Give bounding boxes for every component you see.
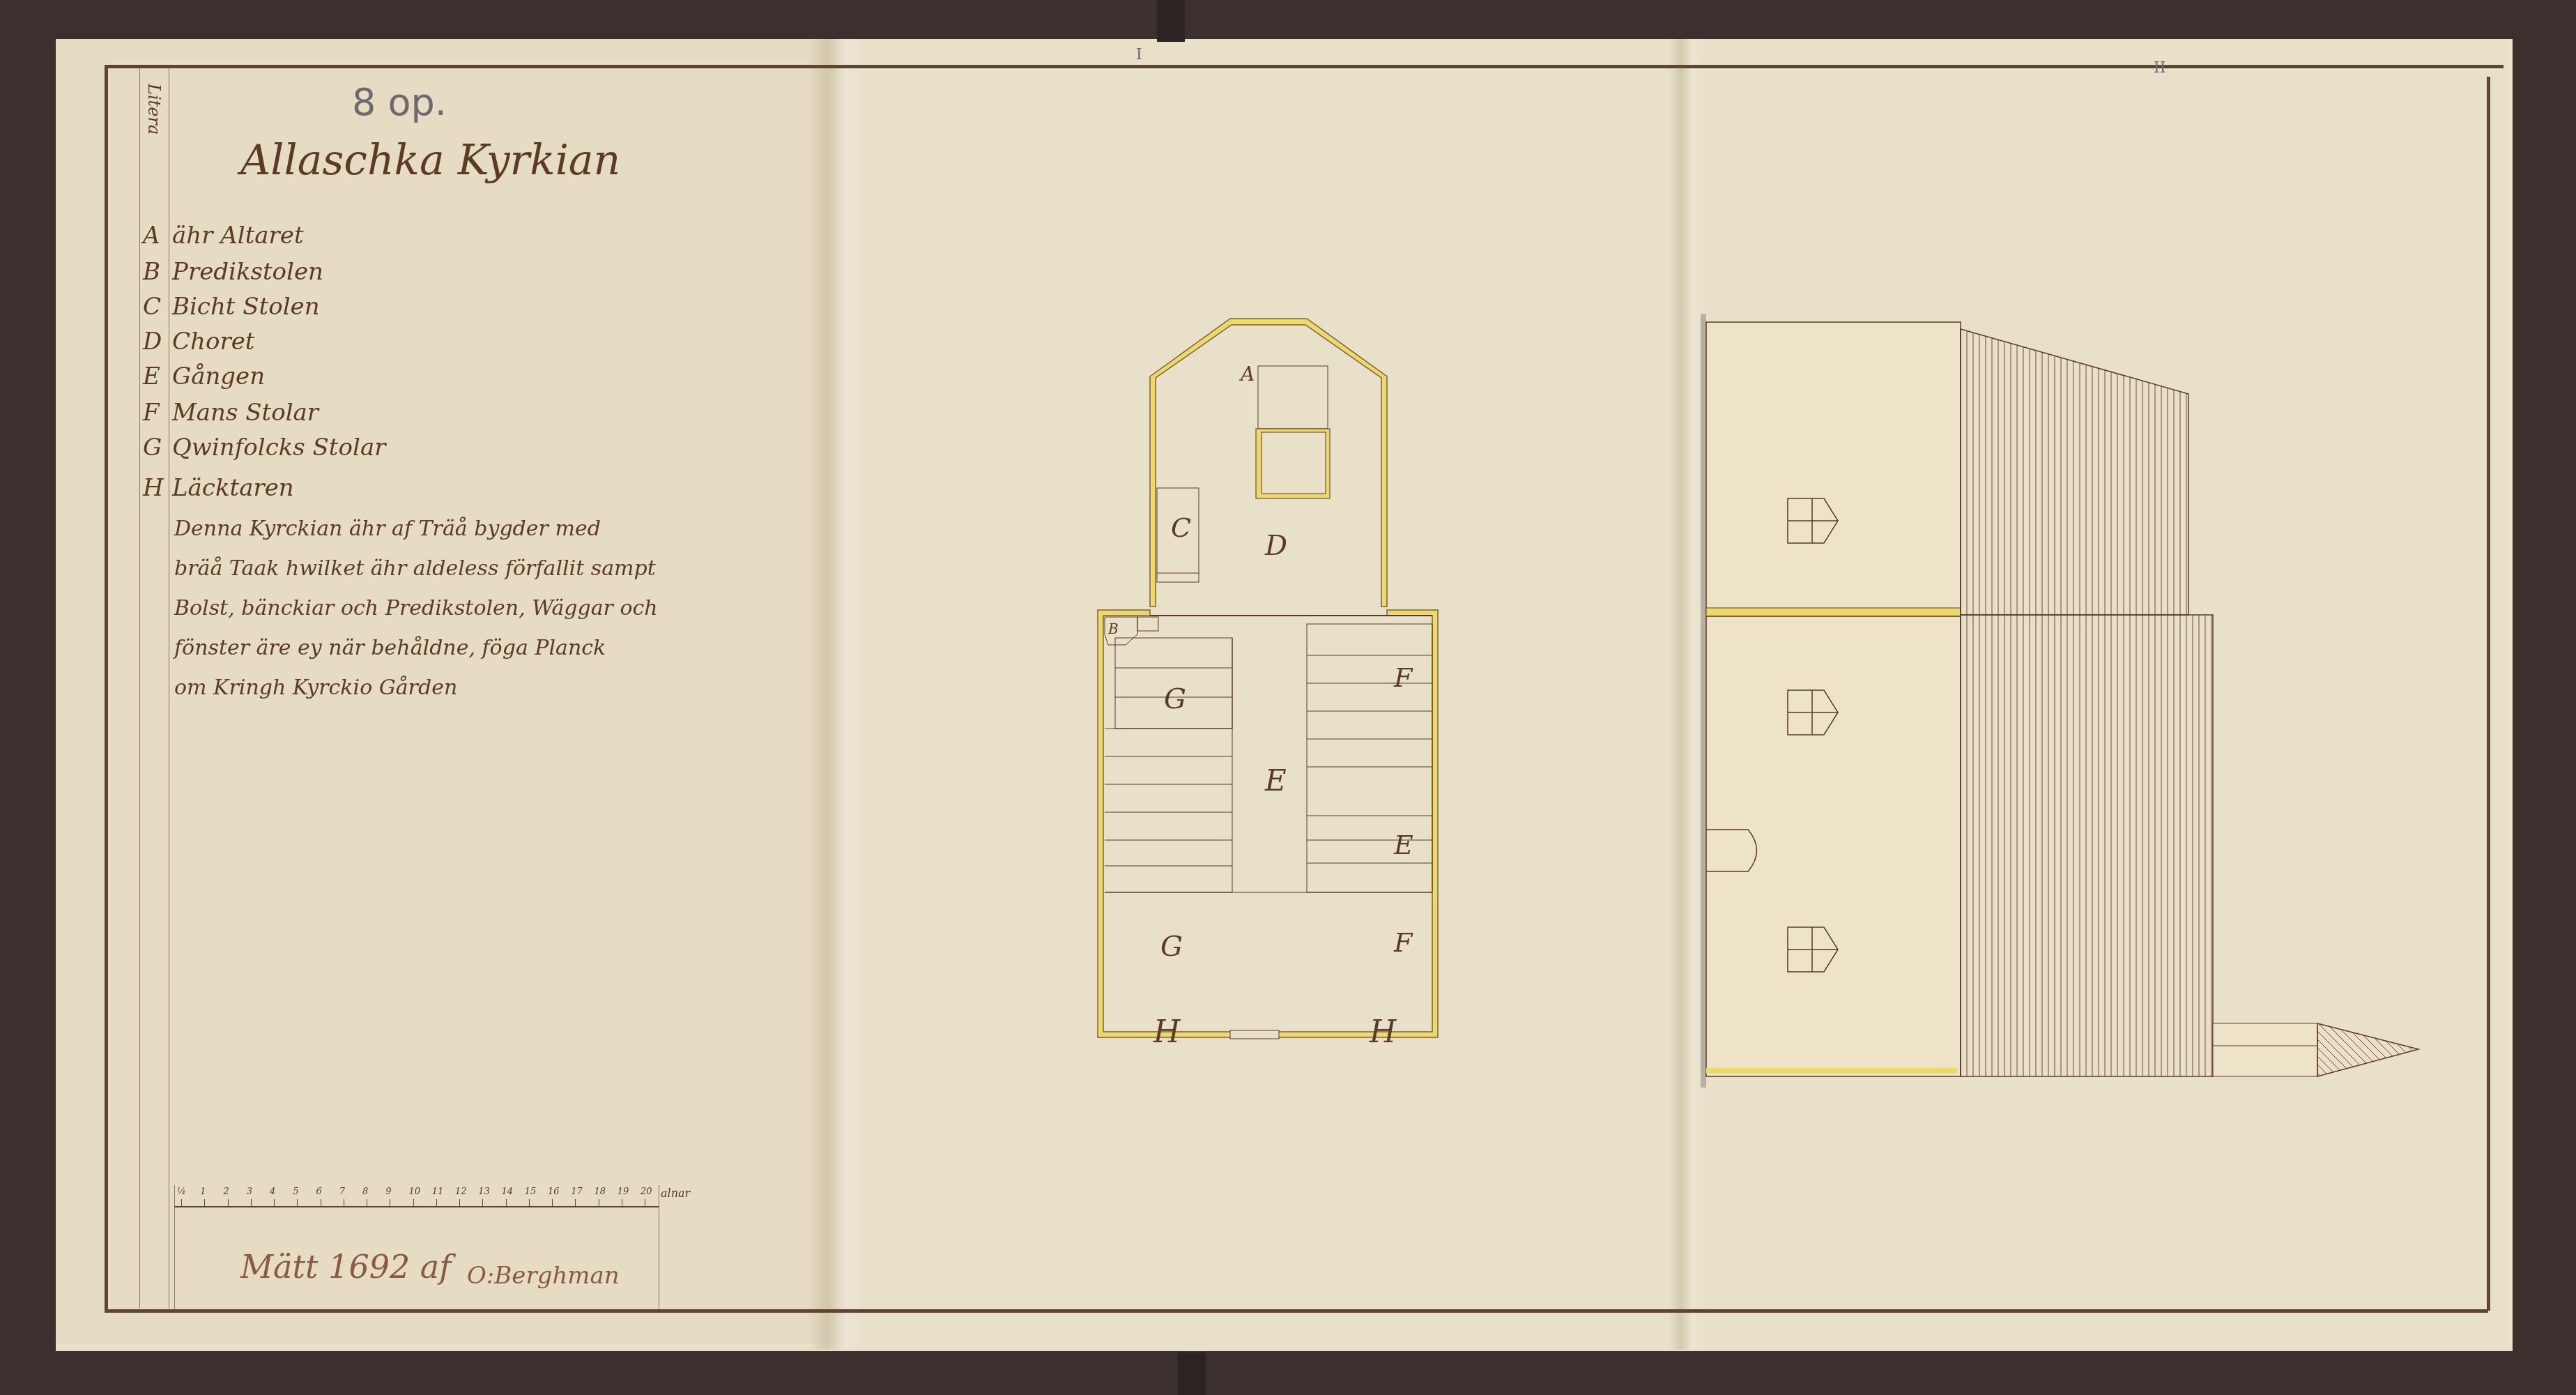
legend-text: Predikstolen (172, 258, 323, 286)
scale-tick (321, 1199, 321, 1207)
description-line: Bolst, bänckiar och Predikstolen, Wäggar… (174, 588, 690, 628)
scale-tick-label: 4 (270, 1187, 275, 1197)
plan-label-choir: D (1265, 530, 1287, 562)
binding-edge-bottom (1178, 1352, 1206, 1395)
legend-item-d: DChoret (143, 328, 254, 356)
plan-label-men-pews-1: F (1394, 662, 1412, 693)
legend-item-h: HLäcktaren (143, 474, 294, 502)
scale-tick-label: 3 (247, 1187, 252, 1197)
scale-tick (599, 1199, 599, 1207)
scale-tick (506, 1199, 507, 1207)
fold-line-2 (1669, 39, 1704, 1350)
plan-label-confessional: C (1171, 512, 1191, 543)
legend-letter: G (143, 434, 172, 462)
legend-item-e: EGången (143, 363, 265, 390)
measured-date: Mätt 1692 af (240, 1248, 451, 1286)
scale-unit: alnar (661, 1187, 690, 1200)
frame-bottom (105, 1309, 2488, 1313)
legend-letter: H (143, 474, 172, 502)
scale-tick (575, 1199, 576, 1207)
scale-tick (228, 1199, 229, 1207)
legend-text: ähr Altaret (172, 222, 304, 250)
scale-tick-label: 15 (525, 1187, 537, 1197)
legend-letter: B (143, 258, 172, 286)
legend-item-f: FMans Stolar (143, 399, 319, 427)
scale-tick-label: 12 (455, 1187, 467, 1197)
legend-text: Choret (172, 328, 254, 356)
legend-letter: A (143, 222, 172, 250)
scale-tick (413, 1199, 414, 1207)
scale-tick (344, 1199, 344, 1207)
plan-label-aisle: E (1265, 763, 1287, 798)
legend-text: Qwinfolcks Stolar (172, 434, 385, 462)
scale-tick (529, 1199, 530, 1207)
scale-tick-label: 7 (339, 1187, 345, 1197)
litera-column-line-right (169, 68, 169, 1309)
scale-tick-label: 8 (362, 1187, 368, 1197)
frame-top (105, 65, 2504, 68)
legend-text: Mans Stolar (172, 399, 319, 427)
scale-tick (482, 1199, 483, 1207)
plan-label-men-pews-2: F (1394, 927, 1412, 958)
legend-item-a: Aähr Altaret (143, 222, 304, 250)
plan-label-women-pews-2: G (1160, 931, 1183, 963)
legend-text: Gången (172, 363, 265, 390)
litera-column-line-left (139, 68, 140, 1309)
scale-tick (390, 1199, 390, 1207)
description-line: bräå Taak hwilket ähr aldeless förfallit… (174, 549, 690, 588)
description-line: Denna Kyrckian ähr af Träå bygder med (174, 509, 690, 549)
scale-tick-label: 5 (293, 1187, 298, 1197)
legend-item-g: GQwinfolcks Stolar (143, 434, 385, 462)
fold-line-1 (808, 39, 864, 1350)
plan-label-gallery-1: H (1153, 1014, 1180, 1050)
page-number: 8 op. (352, 80, 447, 124)
scale-tick-label: 11 (432, 1187, 444, 1197)
description-line: om Kringh Kyrckio Gården (174, 668, 690, 708)
scale-tick-label: 1 (200, 1187, 206, 1197)
scale-tick-label: 18 (595, 1187, 606, 1197)
scale-tick (181, 1199, 182, 1207)
legend-letter: D (143, 328, 172, 356)
scale-tick-label: 13 (478, 1187, 490, 1197)
legend-text: Läcktaren (172, 474, 294, 502)
scale-bar: ¼1234567891011121314151617181920 alnar (174, 1185, 662, 1213)
scale-ticks: ¼1234567891011121314151617181920 (174, 1185, 659, 1207)
binding-edge (1157, 0, 1185, 42)
plan-label-altar: A (1241, 363, 1255, 386)
plan-label-women-pews-1: G (1164, 683, 1186, 715)
scale-tick (274, 1199, 275, 1207)
scale-tick (622, 1199, 622, 1207)
scale-tick-label: 20 (641, 1187, 652, 1197)
plan-label-pulpit: B (1108, 620, 1119, 637)
legend-letter: F (143, 399, 172, 427)
legend-item-c: CBicht Stolen (143, 293, 320, 321)
scale-tick (645, 1199, 645, 1207)
scale-tick (297, 1199, 298, 1207)
scale-tick (436, 1199, 437, 1207)
scale-tick (552, 1199, 553, 1207)
legend-text: Bicht Stolen (172, 293, 320, 321)
plan-label-gallery-2: H (1370, 1014, 1396, 1050)
fold-marker-1: I (1136, 46, 1142, 63)
legend-item-b: BPredikstolen (143, 258, 323, 286)
scale-tick-label: ¼ (177, 1187, 186, 1197)
church-description: Denna Kyrckian ähr af Träå bygder med br… (174, 509, 690, 708)
scale-tick-label: 6 (316, 1187, 322, 1197)
church-floor-plan (1080, 300, 1512, 1088)
scale-tick (367, 1199, 367, 1207)
fold-marker-2: II (2154, 59, 2165, 77)
scale-tick-label: 9 (385, 1187, 391, 1197)
scale-tick-label: 14 (502, 1187, 514, 1197)
scale-tick-label: 2 (224, 1187, 229, 1197)
frame-left (105, 65, 108, 1313)
scale-tick (204, 1199, 205, 1207)
scale-tick-label: 10 (409, 1187, 421, 1197)
church-side-elevation (1701, 314, 2509, 1101)
document-title: Allaschka Kyrkian (240, 136, 620, 185)
legend-letter: C (143, 293, 172, 321)
plan-label-aisle-2: E (1394, 830, 1413, 860)
scale-tick-label: 16 (548, 1187, 560, 1197)
description-line: fönster äre ey när behåldne, föga Planck (174, 628, 690, 668)
scale-tick-label: 17 (571, 1187, 583, 1197)
scale-tick-label: 19 (618, 1187, 629, 1197)
scale-tick (459, 1199, 460, 1207)
legend-letter: E (143, 363, 172, 390)
surveyor-signature: O:Berghman (467, 1262, 620, 1290)
litera-column-header: Litera (144, 84, 164, 135)
scale-tick (251, 1199, 252, 1207)
